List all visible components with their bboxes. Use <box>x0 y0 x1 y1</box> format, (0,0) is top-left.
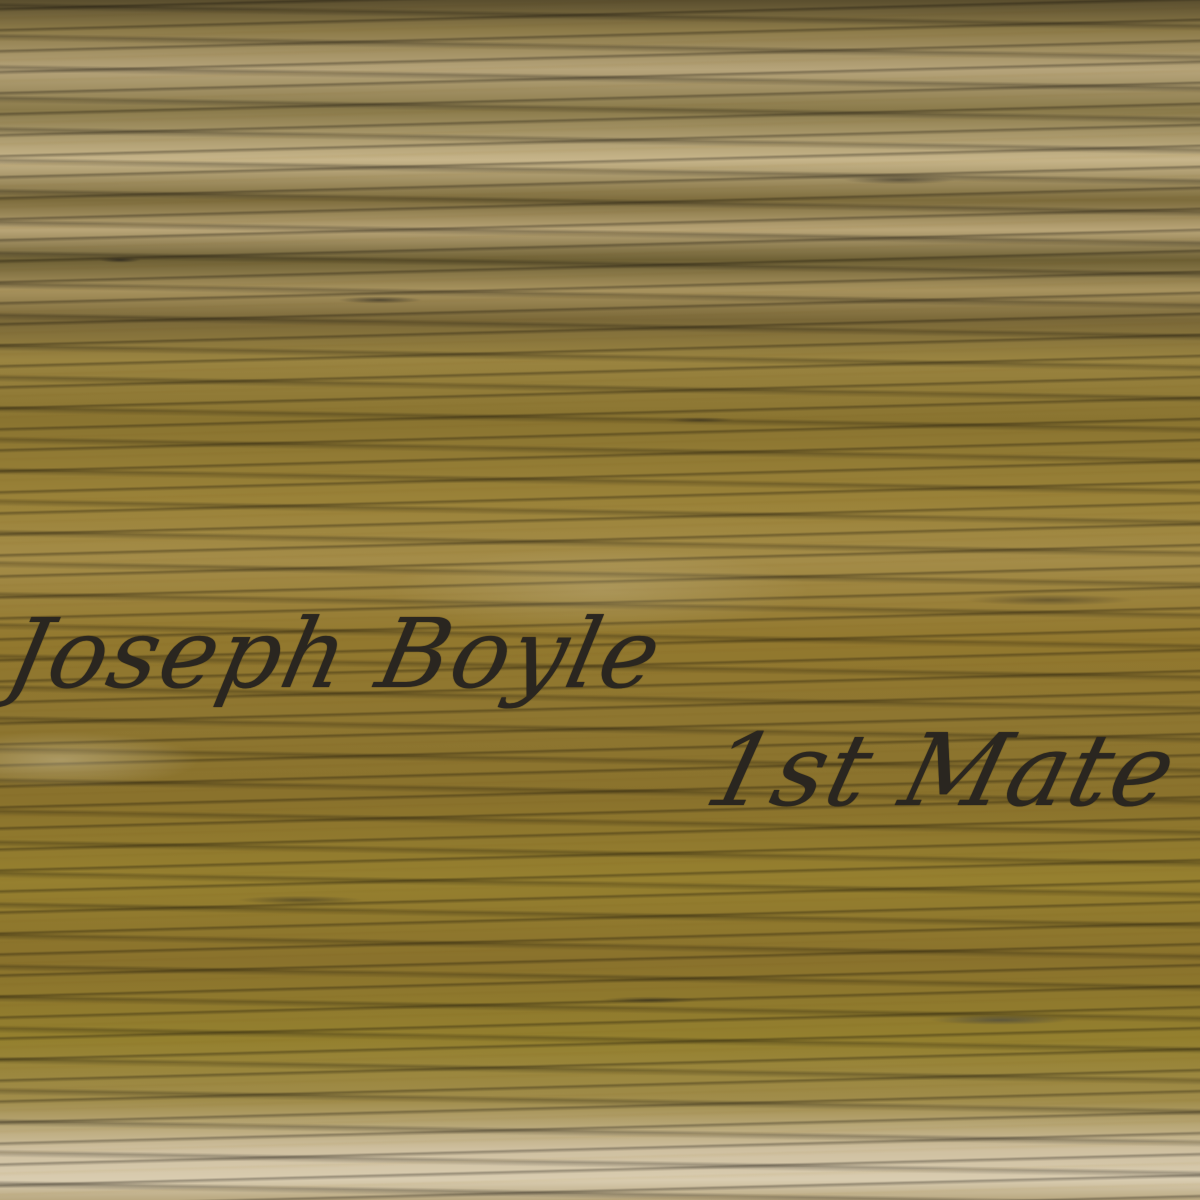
engraved-name: Joseph Boyle <box>0 598 672 710</box>
scrimshaw-surface: Joseph Boyle 1st Mate <box>0 0 1200 1200</box>
engraved-title: 1st Mate <box>695 712 1188 829</box>
